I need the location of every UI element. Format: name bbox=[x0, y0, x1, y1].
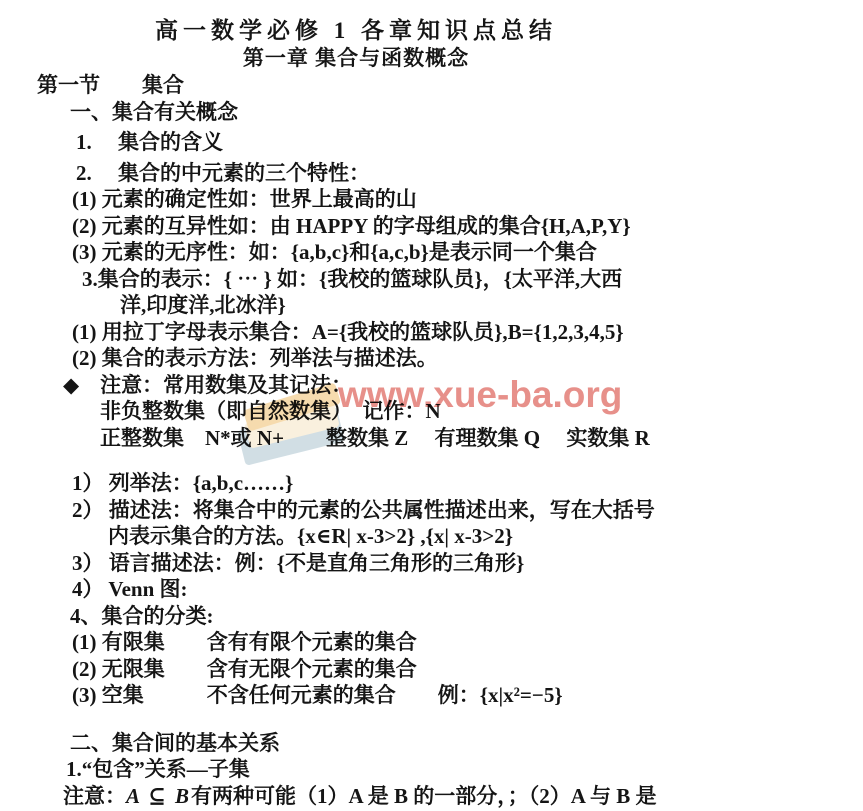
item-description-method: 2） 描述法：将集合中的元素的公共属性描述出来，写在大括号 bbox=[0, 497, 712, 524]
note-subset-line: 注意：A ⊆ B有两种可能（1）A 是 B 的一部分，；（2）A 与 B 是 bbox=[0, 783, 712, 810]
item-latin-letters: (1) 用拉丁字母表示集合：A={我校的篮球队员},B={1,2,3,4,5} bbox=[0, 319, 712, 346]
section-2-heading: 二、集合间的基本关系 bbox=[0, 730, 712, 757]
item-distinctness: (2) 元素的互异性如：由 HAPPY 的字母组成的集合{H,A,P,Y} bbox=[0, 213, 712, 240]
item-set-notation: 3.集合的表示：{ ⋯ } 如：{我校的篮球队员}，{太平洋,大西 bbox=[0, 266, 712, 293]
subsection-1-heading: 一、集合有关概念 bbox=[0, 99, 712, 126]
document-title: 高一数学必修 1 各章知识点总结 bbox=[0, 16, 712, 45]
item-set-notation-cont: 洋,印度洋,北冰洋} bbox=[0, 292, 712, 319]
item-subset-relation: 1.“包含”关系—子集 bbox=[0, 756, 712, 783]
item-verbal-description: 3） 语言描述法：例：{不是直角三角形的三角形} bbox=[0, 550, 712, 577]
item-set-meaning: 1. 集合的含义 bbox=[0, 129, 712, 156]
item-finite-set: (1) 有限集 含有有限个元素的集合 bbox=[0, 629, 712, 656]
item-natural-numbers: 非负整数集（即自然数集） 记作：N bbox=[0, 398, 712, 425]
item-unordered: (3) 元素的无序性：如：{a,b,c}和{a,c,b}是表示同一个集合 bbox=[0, 239, 712, 266]
document-page: 高一数学必修 1 各章知识点总结 第一章 集合与函数概念 第一节 集合 一、集合… bbox=[0, 0, 712, 809]
note-common-number-sets: ◆ 注意：常用数集及其记法： bbox=[0, 372, 712, 399]
item-element-properties: 2. 集合的中元素的三个特性： bbox=[0, 160, 712, 187]
section-1-heading: 第一节 集合 bbox=[0, 72, 712, 99]
item-determinacy: (1) 元素的确定性如：世界上最高的山 bbox=[0, 186, 712, 213]
item-infinite-set: (2) 无限集 含有无限个元素的集合 bbox=[0, 656, 712, 683]
item-number-set-symbols: 正整数集 N*或 N+ 整数集 Z 有理数集 Q 实数集 R bbox=[0, 425, 712, 452]
item-enumeration-method: 1） 列举法：{a,b,c……} bbox=[0, 470, 712, 497]
subset-formula: A ⊆ B bbox=[126, 784, 191, 808]
item-empty-set: (3) 空集 不含任何元素的集合 例：{x|x²=−5} bbox=[0, 682, 712, 709]
note-prefix: 注意： bbox=[63, 784, 126, 808]
item-description-method-cont: 内表示集合的方法。{x∈R| x-3>2} ,{x| x-3>2} bbox=[0, 523, 712, 550]
chapter-title: 第一章 集合与函数概念 bbox=[0, 45, 712, 72]
item-venn-diagram: 4） Venn 图: bbox=[0, 576, 712, 603]
item-representation-methods: (2) 集合的表示方法：列举法与描述法。 bbox=[0, 345, 712, 372]
note-suffix: 有两种可能（1）A 是 B 的一部分，；（2）A 与 B 是 bbox=[191, 784, 657, 808]
item-set-classification: 4、集合的分类: bbox=[0, 603, 712, 630]
